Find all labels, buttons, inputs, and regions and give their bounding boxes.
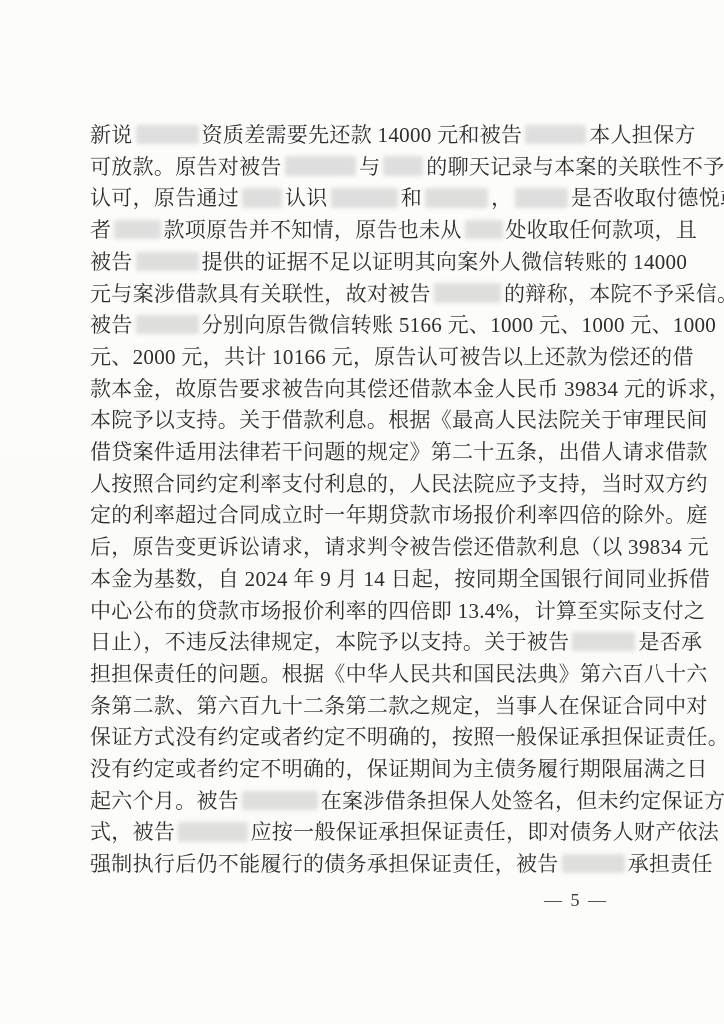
page-number: — 5 —	[90, 890, 608, 911]
redaction-block	[465, 220, 503, 239]
text-segment: 本院予以支持。关于借款利息。根据《最高人民法院关于审理民间	[90, 408, 708, 432]
redaction-block	[383, 156, 423, 175]
text-segment: 中心公布的贷款市场报价利率的四倍即 13.4%，计算至实际支付之	[90, 599, 705, 623]
text-segment: 保证方式没有约定或者约定不明确的，按照一般保证承担保证责任。	[90, 725, 724, 749]
text-segment: 起六个月。被告	[90, 789, 239, 813]
text-line: 起六个月。被告在案涉借条担保人处签名，但未约定保证方	[90, 786, 638, 818]
text-line: 本金为基数，自 2024 年 9 月 14 日起，按同期全国银行间同业拆借	[90, 564, 638, 596]
redaction-block	[114, 220, 160, 239]
text-line: 中心公布的贷款市场报价利率的四倍即 13.4%，计算至实际支付之	[90, 596, 638, 628]
text-segment: 款本金，故原告要求被告向其偿还借款本金人民币 39834 元的诉求，	[90, 377, 724, 401]
redaction-block	[572, 632, 635, 651]
text-segment: 本人担保方	[589, 123, 696, 147]
text-line: 新说资质差需要先还款 14000 元和被告本人担保方	[90, 120, 638, 152]
text-segment: 在案涉借条担保人处签名，但未约定保证方	[321, 789, 724, 813]
text-line: 后，原告变更诉讼请求，请求判令被告偿还借款利息（以 39834 元	[90, 532, 638, 564]
text-line: 本院予以支持。关于借款利息。根据《最高人民法院关于审理民间	[90, 405, 638, 437]
document-page: 新说资质差需要先还款 14000 元和被告本人担保方可放款。原告对被告与的聊天记…	[0, 0, 724, 1024]
text-segment: 是否收取付德悦或	[571, 186, 724, 210]
text-segment: 处收取任何款项，且	[506, 218, 698, 242]
redaction-block	[434, 283, 501, 302]
text-line: 没有约定或者约定不明确的，保证期间为主债务履行期限届满之日	[90, 754, 638, 786]
text-segment: 的辩称，本院不予采信。	[504, 282, 724, 306]
text-line: 可放款。原告对被告与的聊天记录与本案的关联性不予	[90, 152, 638, 184]
text-line: 式，被告应按一般保证承担保证责任，即对债务人财产依法	[90, 817, 638, 849]
text-segment: 借贷案件适用法律若干问题的规定》第二十五条，出借人请求借款	[90, 440, 708, 464]
text-line: 者款项原告并不知情，原告也未从处收取任何款项，且	[90, 215, 638, 247]
text-line: 元与案涉借款具有关联性，故对被告的辩称，本院不予采信。	[90, 279, 638, 311]
text-line: 借贷案件适用法律若干问题的规定》第二十五条，出借人请求借款	[90, 437, 638, 469]
redaction-block	[136, 315, 199, 334]
text-segment: 应按一般保证承担保证责任，即对债务人财产依法	[251, 820, 720, 844]
text-segment: 可放款。原告对被告	[90, 155, 282, 179]
text-line: 被告提供的证据不足以证明其向案外人微信转账的 14000	[90, 247, 638, 279]
text-segment: 承担责任	[628, 852, 713, 876]
text-line: 担担保责任的问题。根据《中华人民共和国民法典》第六百八十六	[90, 659, 638, 691]
text-line: 定的利率超过合同成立时一年期贷款市场报价利率四倍的除外。庭	[90, 500, 638, 532]
text-segment: 担担保责任的问题。根据《中华人民共和国民法典》第六百八十六	[90, 662, 708, 686]
text-segment: 强制执行后仍不能履行的债务承担保证责任，被告	[90, 852, 559, 876]
redaction-block	[285, 156, 356, 175]
redaction-block	[525, 125, 586, 144]
text-segment: 后，原告变更诉讼请求，请求判令被告偿还借款利息（以 39834 元	[90, 535, 709, 559]
text-line: 被告分别向原告微信转账 5166 元、1000 元、1000 元、1000	[90, 310, 638, 342]
redaction-block	[242, 188, 282, 207]
text-segment: 是否承	[638, 630, 702, 654]
text-segment: 条第二款、第六百九十二条第二款之规定，当事人在保证合同中对	[90, 694, 708, 718]
text-segment: 日止），不违反法律规定，本院予以支持。关于被告	[90, 630, 569, 654]
text-line: 认可，原告通过认识和，是否收取付德悦或	[90, 183, 638, 215]
text-segment: 和	[401, 186, 422, 210]
text-segment: 认可，原告通过	[90, 186, 239, 210]
redaction-block	[331, 188, 398, 207]
redaction-block	[425, 188, 488, 207]
redaction-block	[178, 822, 247, 841]
text-line: 日止），不违反法律规定，本院予以支持。关于被告是否承	[90, 627, 638, 659]
redaction-block	[136, 252, 199, 271]
text-segment: 分别向原告微信转账 5166 元、1000 元、1000 元、1000	[202, 313, 717, 337]
text-segment: 与	[359, 155, 380, 179]
text-segment: 人按照合同约定利率支付利息的，人民法院应予支持，当时双方约	[90, 472, 708, 496]
text-line: 人按照合同约定利率支付利息的，人民法院应予支持，当时双方约	[90, 469, 638, 501]
text-line: 款本金，故原告要求被告向其偿还借款本金人民币 39834 元的诉求，	[90, 374, 638, 406]
text-segment: 提供的证据不足以证明其向案外人微信转账的 14000	[202, 250, 688, 274]
redaction-block	[515, 188, 568, 207]
text-segment: 被告	[90, 313, 133, 337]
text-segment: 资质差需要先还款 14000 元和被告	[202, 123, 523, 147]
text-segment: 被告	[90, 250, 133, 274]
text-line: 元、2000 元，共计 10166 元，原告认可被告以上还款为偿还的借	[90, 342, 638, 374]
redaction-block	[562, 854, 625, 873]
redaction-block	[242, 791, 318, 810]
document-body: 新说资质差需要先还款 14000 元和被告本人担保方可放款。原告对被告与的聊天记…	[90, 120, 638, 881]
text-segment: 没有约定或者约定不明确的，保证期间为主债务履行期限届满之日	[90, 757, 708, 781]
text-segment: 认识	[285, 186, 328, 210]
text-line: 条第二款、第六百九十二条第二款之规定，当事人在保证合同中对	[90, 691, 638, 723]
text-segment: 元与案涉借款具有关联性，故对被告	[90, 282, 431, 306]
text-segment: 者	[90, 218, 111, 242]
text-segment: 元、2000 元，共计 10166 元，原告认可被告以上还款为偿还的借	[90, 345, 694, 369]
redaction-block	[136, 125, 199, 144]
text-segment: 的聊天记录与本案的关联性不予	[426, 155, 724, 179]
text-segment: 式，被告	[90, 820, 175, 844]
text-segment: 新说	[90, 123, 133, 147]
text-segment: 定的利率超过合同成立时一年期贷款市场报价利率四倍的除外。庭	[90, 503, 708, 527]
text-segment: 本金为基数，自 2024 年 9 月 14 日起，按同期全国银行间同业拆借	[90, 567, 710, 591]
text-line: 强制执行后仍不能履行的债务承担保证责任，被告承担责任	[90, 849, 638, 881]
text-line: 保证方式没有约定或者约定不明确的，按照一般保证承担保证责任。	[90, 722, 638, 754]
text-segment: 款项原告并不知情，原告也未从	[164, 218, 462, 242]
text-segment: ，	[491, 186, 512, 210]
